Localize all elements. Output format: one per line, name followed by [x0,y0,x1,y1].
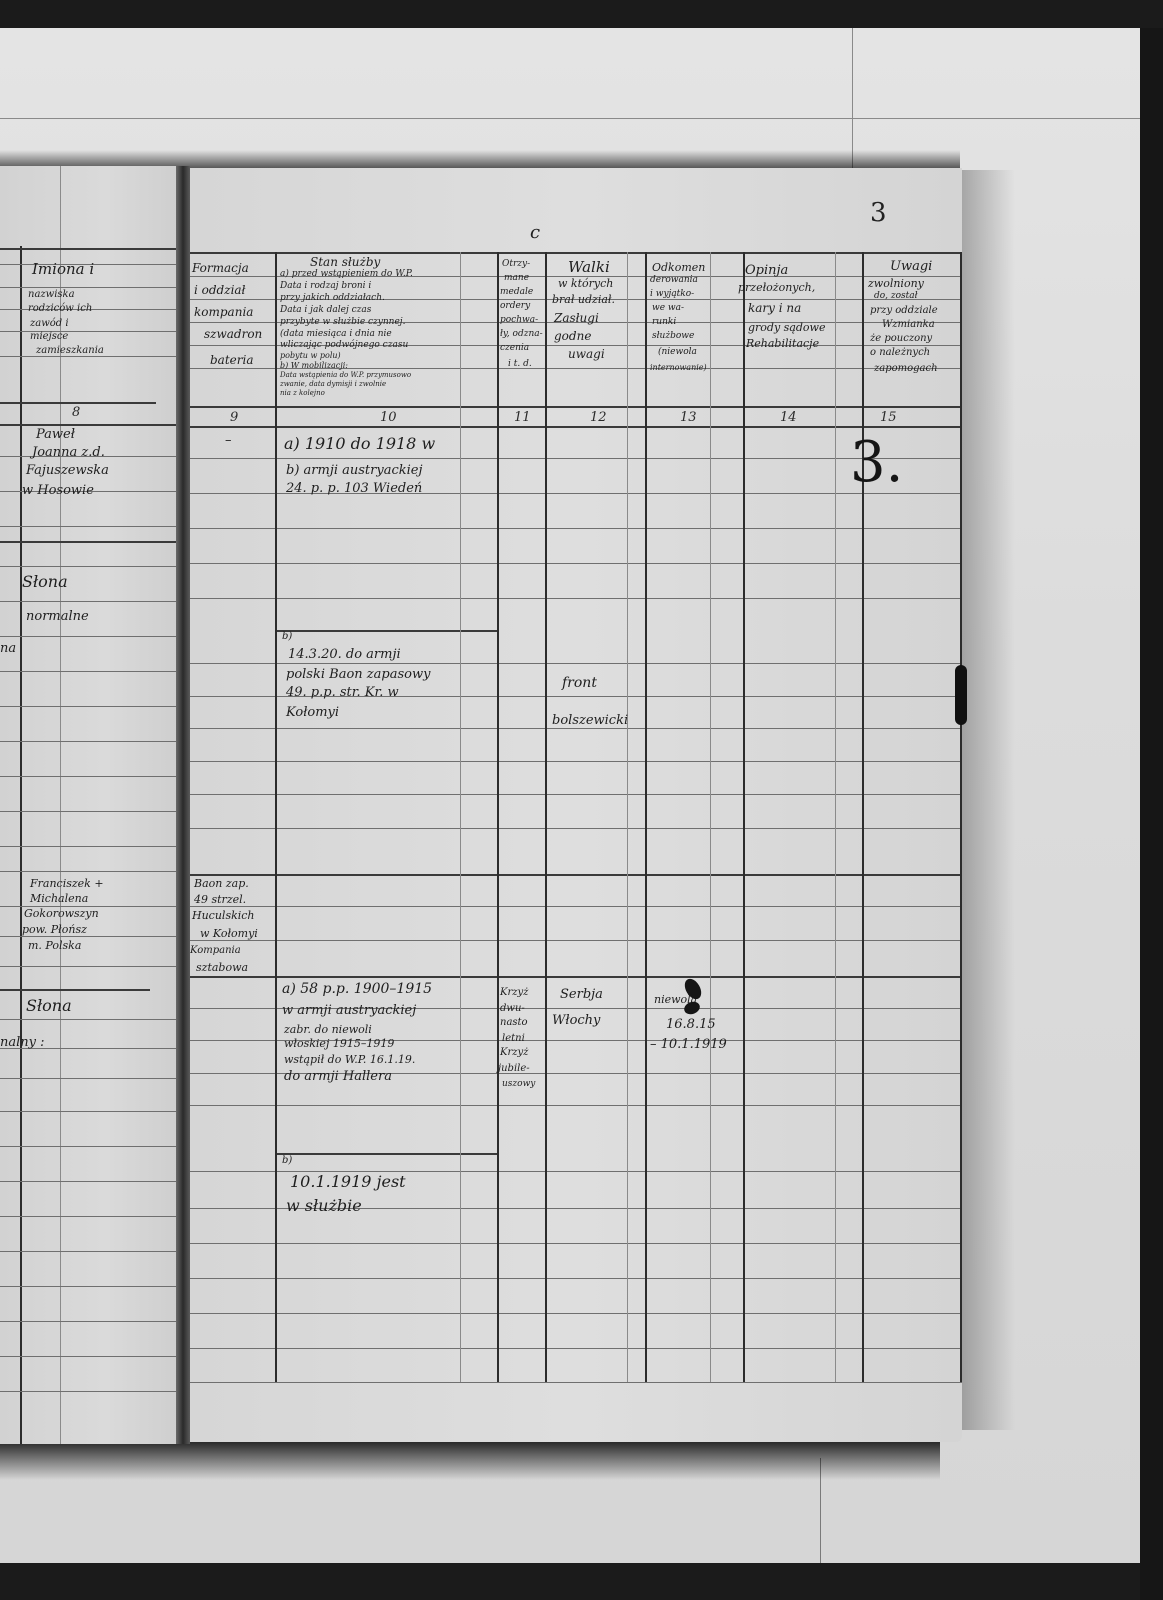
left-entry-line: Gokorowszyn [24,908,99,919]
col11-header-line: Otrzy- [502,260,530,269]
left-entry-line: Słona [26,998,72,1014]
col11-header-line: mane [504,274,529,283]
left-entry-line: pow. Płońsz [22,924,87,935]
record-separator [190,874,962,876]
col11-header-line: i t. d. [508,360,532,369]
header-number-rule [190,406,962,408]
col14-header-line: kary i na [748,302,801,314]
col10-header-line: wliczając podwójnego czasu [280,341,408,350]
record2-col11-line: letni [502,1034,525,1044]
left-entry-line: m. Polska [28,940,81,951]
col11-number: 11 [514,410,531,425]
left-entry-line: normalne [26,610,89,623]
col10-header-line: nia z kolejno [280,390,325,397]
left-entry-line: Joanna z.d. [32,446,105,459]
col14-header-line: Opinja [745,264,788,277]
col10-header-line: (data miesiąca i dnia nie [280,330,392,339]
column-rule [960,252,962,1382]
col10-header-line: pobytu w polu) [280,352,341,360]
col8-header-line: zawód i [30,319,69,329]
record-separator [190,976,962,978]
top-mark: c [530,224,540,242]
col10-header-line: przybyte w służbie czynnej. [280,318,405,327]
left-entry-line: w Hosowie [22,484,94,497]
col15-header-line: zapomogach [874,364,938,374]
col13-header-line: Odkomen [652,262,705,273]
column-rule [645,252,647,1382]
col9-header-line: kompania [194,306,253,318]
left-entry-line: Franciszek + [30,878,104,889]
record1-col10b-label: b) [282,632,292,642]
record2-col10b-line: w służbie [286,1198,362,1214]
record2-col10a-line: wstąpił do W.P. 16.1.19. [284,1054,415,1065]
record2-col9-line: Huculskich [192,910,255,921]
col13-header-line: we wa- [652,304,684,313]
left-entry-line: nalny : [0,1036,45,1049]
col13-number: 13 [680,410,697,425]
col15-header-line: Uwagi [890,260,932,273]
col9-header-line: Formacja [192,262,249,274]
record1-col10b-line: 49. p.p. str. Kr. w [286,686,399,699]
col9-number: 9 [230,410,238,425]
record1-col15-number: 3. [850,430,903,495]
col11-header-line: ły, odzna- [500,330,543,339]
col15-header-line: przy oddziale [870,306,938,316]
col11-header-line: medale [500,288,533,297]
left-page: Imiona i nazwiska rodziców ich zawód i m… [0,166,176,1444]
scan-frame-edge [1140,28,1163,1600]
col12-header-line: brał udział. [552,294,615,305]
col10-header-line: Stan służby [310,256,380,268]
col10-header-line: Data i rodzaj broni i [280,282,371,291]
record2-col10a-line: zabr. do niewoli [284,1024,372,1035]
col11-header-line: czenia [500,344,529,353]
record2-col12-line: Serbja [560,988,603,1001]
col12-number: 12 [590,410,607,425]
record2-col9-line: w Kołomyi [200,928,258,939]
left-entry-line: Paweł [36,428,75,441]
record2-col9-line: Kompania [190,946,241,956]
page-shadow [0,1440,940,1480]
binding-clip [955,665,967,725]
record1-col10a-line: 24. p. p. 103 Wiedeń [286,482,422,495]
record2-col11-line: jubile- [498,1064,530,1074]
backdrop-fold-line [0,118,1140,119]
col10-number: 10 [380,410,397,425]
record1-col10a-line: a) 1910 do 1918 w [284,436,435,452]
column-rule [862,252,864,1382]
record1-col12-line: front [562,676,597,690]
record1-col10a-line: b) armji austryackiej [286,464,423,477]
col13-header-line: (niewola [658,348,697,357]
record2-col10a-line: w armji austryackiej [282,1004,416,1017]
record2-col10a-line: do armji Hallera [284,1070,392,1083]
col11-header-line: pochwa- [500,316,538,325]
col15-header-line: do, został [874,292,918,301]
left-entry-line: Fajuszewska [26,464,109,477]
col12-header-line: uwagi [568,348,605,360]
record2-col11-line: nasto [500,1018,528,1028]
col14-number: 14 [780,410,797,425]
col15-header-line: Wzmianka [882,320,935,330]
col10-header-line: a) przed wstąpieniem do W.P. [280,270,413,279]
col12-header-line: w których [558,278,613,289]
record2-col10a-line: a) 58 p.p. 1900–1915 [282,982,432,996]
col13-header-line: derowania [650,276,698,285]
record2-col9-line: sztabowa [196,962,248,973]
record2-col10a-line: włoskiej 1915–1919 [284,1038,394,1049]
record1-col10b-line: Kołomyi [286,706,339,719]
col13-header-line: runki [652,318,676,327]
column-rule [743,252,745,1382]
right-page: 3 c Formacja i oddział kompania s [190,168,962,1442]
col15-header-line: zwolniony [868,278,924,289]
record2-col11-line: dwu- [500,1004,525,1014]
col8-header-line: rodziców ich [28,304,92,314]
col8-header-line: zamieszkania [36,346,104,356]
page-number: 3 [870,198,887,228]
record2-col12-line: Włochy [552,1014,600,1027]
sub-entry-rule [275,1153,497,1155]
col14-header-line: Rehabilitacje [746,338,819,349]
col8-header-line: Imiona i [32,262,94,277]
col12-header-line: godne [554,330,591,342]
record1-col10b-line: 14.3.20. do armji [288,648,401,661]
record2-col10b-line: 10.1.1919 jest [290,1174,406,1190]
left-entry-line: Michalena [30,893,88,904]
header-top-rule [190,252,962,254]
col15-header-line: że pouczony [870,334,932,344]
col12-header-line: Zasługi [554,312,599,324]
left-entry-line: Słona [22,574,68,590]
record2-col11-line: uszowy [502,1080,535,1089]
column-rule [497,252,499,1382]
col13-header-line: internowanie) [650,364,707,372]
header-rule [0,248,176,250]
col15-header-line: o należnych [870,348,930,358]
col8-header-line: nazwiska [28,290,75,300]
col10-header-line: Data i jak dalej czas [280,306,371,315]
header-bottom-rule [190,426,962,428]
col9-header-line: bateria [210,354,254,366]
col10-header-line: przy jakich oddziałach. [280,294,385,303]
col13-header-line: służbowe [652,332,694,341]
record2-col11-line: Krzyż [500,1048,528,1058]
col13-header-line: i wyjątko- [650,290,694,299]
column-rule [275,252,277,1382]
col8-number: 8 [72,405,80,420]
col8-header-line: miejsce [30,332,68,342]
col14-header-line: przełożonych, [738,282,815,293]
column-rule [60,166,61,1444]
record2-col13-line: – 10.1.1919 [650,1038,727,1051]
record1-col12-line: bolszewicki [552,714,628,727]
col12-header-line: Walki [568,260,610,275]
record2-col10b-label: b) [282,1156,292,1166]
record2-col9-line: 49 strzel. [194,894,246,905]
record1-col9: – [225,434,232,447]
col10-header-line: b) W mobilizacji: [280,362,348,370]
column-rule [545,252,547,1382]
book-gutter [176,166,190,1444]
col9-header-line: szwadron [204,328,262,340]
record2-col9-line: Baon zap. [194,878,249,889]
record2-col13-line: 16.8.15 [666,1018,716,1031]
col10-header-line: Data wstąpienia do W.P. przymusowo [280,372,411,379]
record2-col11-line: Krzyż [500,988,528,998]
sub-entry-rule [275,630,497,632]
left-entry-line: na [0,642,16,655]
record1-col10b-line: polski Baon zapasowy [286,668,430,681]
col14-header-line: grody sądowe [748,322,825,333]
col9-header-line: i oddział [194,284,245,296]
col11-header-line: ordery [500,302,530,311]
col15-number: 15 [880,410,897,425]
col10-header-line: zwanie, data dymisji i zwolnie [280,381,386,388]
